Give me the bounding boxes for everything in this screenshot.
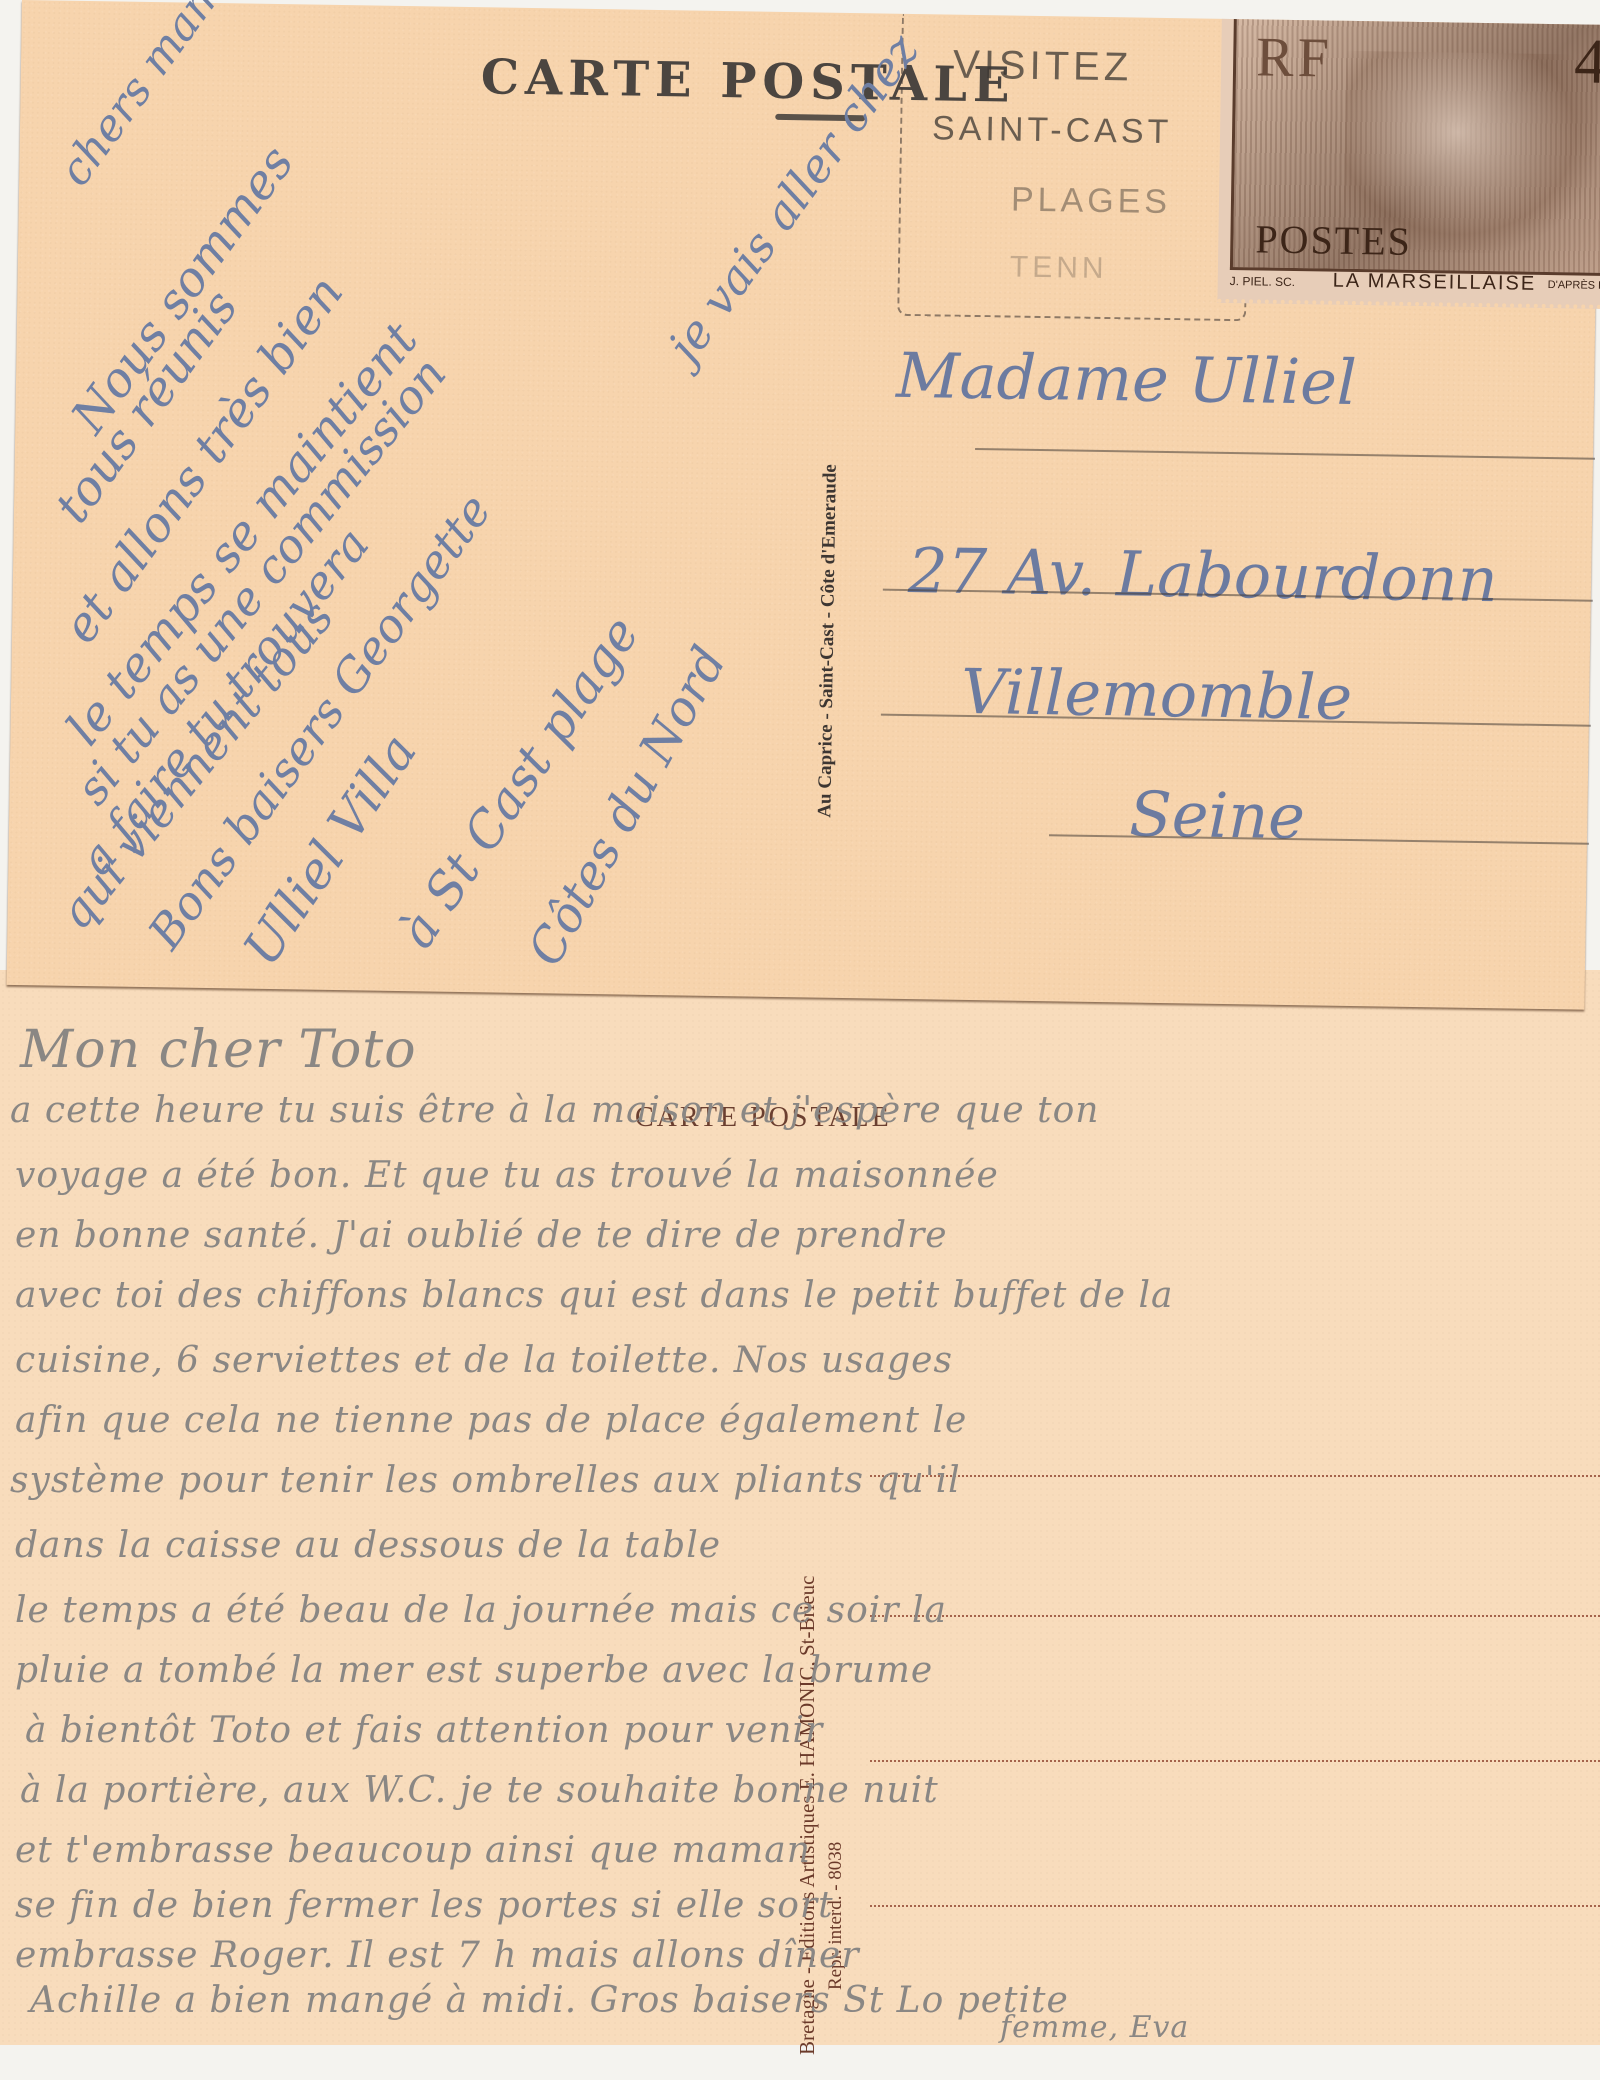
message-line: afin que cela ne tienne pas de place éga… [15, 1400, 967, 1441]
message-line: Achille a bien mangé à midi. Gros baiser… [30, 1980, 1069, 2021]
message-line: le temps a été beau de la journée mais c… [15, 1590, 947, 1631]
address-rule [870, 1475, 1600, 1477]
address-city: Villemomble [961, 655, 1353, 734]
message-line: a cette heure tu suis être à la maison e… [10, 1090, 1099, 1131]
message-greeting: Mon cher Toto [20, 1020, 417, 1080]
address-rule [870, 1905, 1600, 1907]
message-line: voyage a été bon. Et que tu as trouvé la… [15, 1155, 999, 1196]
address-department: Seine [1129, 777, 1306, 853]
stamp-engraver: J. PIEL. SC. [1230, 274, 1296, 289]
postmark-line: VISITEZ [953, 43, 1133, 91]
message-signature: femme, Eva [1000, 2010, 1189, 2045]
message-line: se fin de bien fermer les portes si elle… [15, 1885, 834, 1926]
postmark-line: PLAGES [1011, 181, 1172, 223]
postcard-top: CARTE POSTALE Au Caprice - Saint-Cast - … [7, 0, 1600, 1010]
message-line: embrasse Roger. Il est 7 h mais allons d… [15, 1935, 860, 1976]
message-line: système pour tenir les ombrelles aux pli… [10, 1460, 961, 1501]
address-rule [975, 448, 1595, 460]
address-recipient: Madame Ulliel [896, 339, 1358, 419]
message-line: pluie a tombé la mer est superbe avec la… [15, 1650, 933, 1691]
message-line: à bientôt Toto et fais attention pour ve… [25, 1710, 823, 1751]
address-rule [870, 1615, 1600, 1617]
stamp-postes-label: POSTES [1255, 215, 1412, 264]
message-line: et t'embrasse beaucoup ainsi que maman [15, 1830, 811, 1871]
postcard-bottom: CARTE POSTALE Bretagne - Editions Artist… [0, 970, 1600, 2045]
stamp-name: LA MARSEILLAISE [1333, 270, 1537, 296]
message-line: dans la caisse au dessous de la table [15, 1525, 721, 1566]
postmark-line: TENN [1010, 251, 1108, 287]
message-line: cuisine, 6 serviettes et de la toilette.… [15, 1340, 953, 1381]
postmark-line: SAINT-CAST [932, 109, 1173, 152]
stamp-after-credit: D'APRÈS R [1548, 279, 1600, 292]
stamp-value: 40 [1574, 24, 1600, 99]
message-line: avec toi des chiffons blancs qui est dan… [15, 1275, 1174, 1316]
postmark-cancellation: VISITEZ SAINT-CAST PLAGES TENN [897, 14, 1251, 321]
address-street: 27 Av. Labourdonn [908, 534, 1499, 616]
publisher-imprint: Au Caprice - Saint-Cast - Côte d'Emeraud… [814, 464, 842, 818]
message-line: chers mam [49, 0, 235, 195]
stamp-country: RF [1256, 25, 1333, 90]
postage-stamp: RF 40 POSTES J. PIEL. SC. LA MARSEILLAIS… [1217, 19, 1600, 309]
stamp-engraving: RF 40 POSTES [1230, 19, 1600, 276]
address-rule [870, 1760, 1600, 1762]
message-line: à la portière, aux W.C. je te souhaite b… [20, 1770, 939, 1811]
message-line: en bonne santé. J'ai oublié de te dire d… [15, 1215, 948, 1256]
